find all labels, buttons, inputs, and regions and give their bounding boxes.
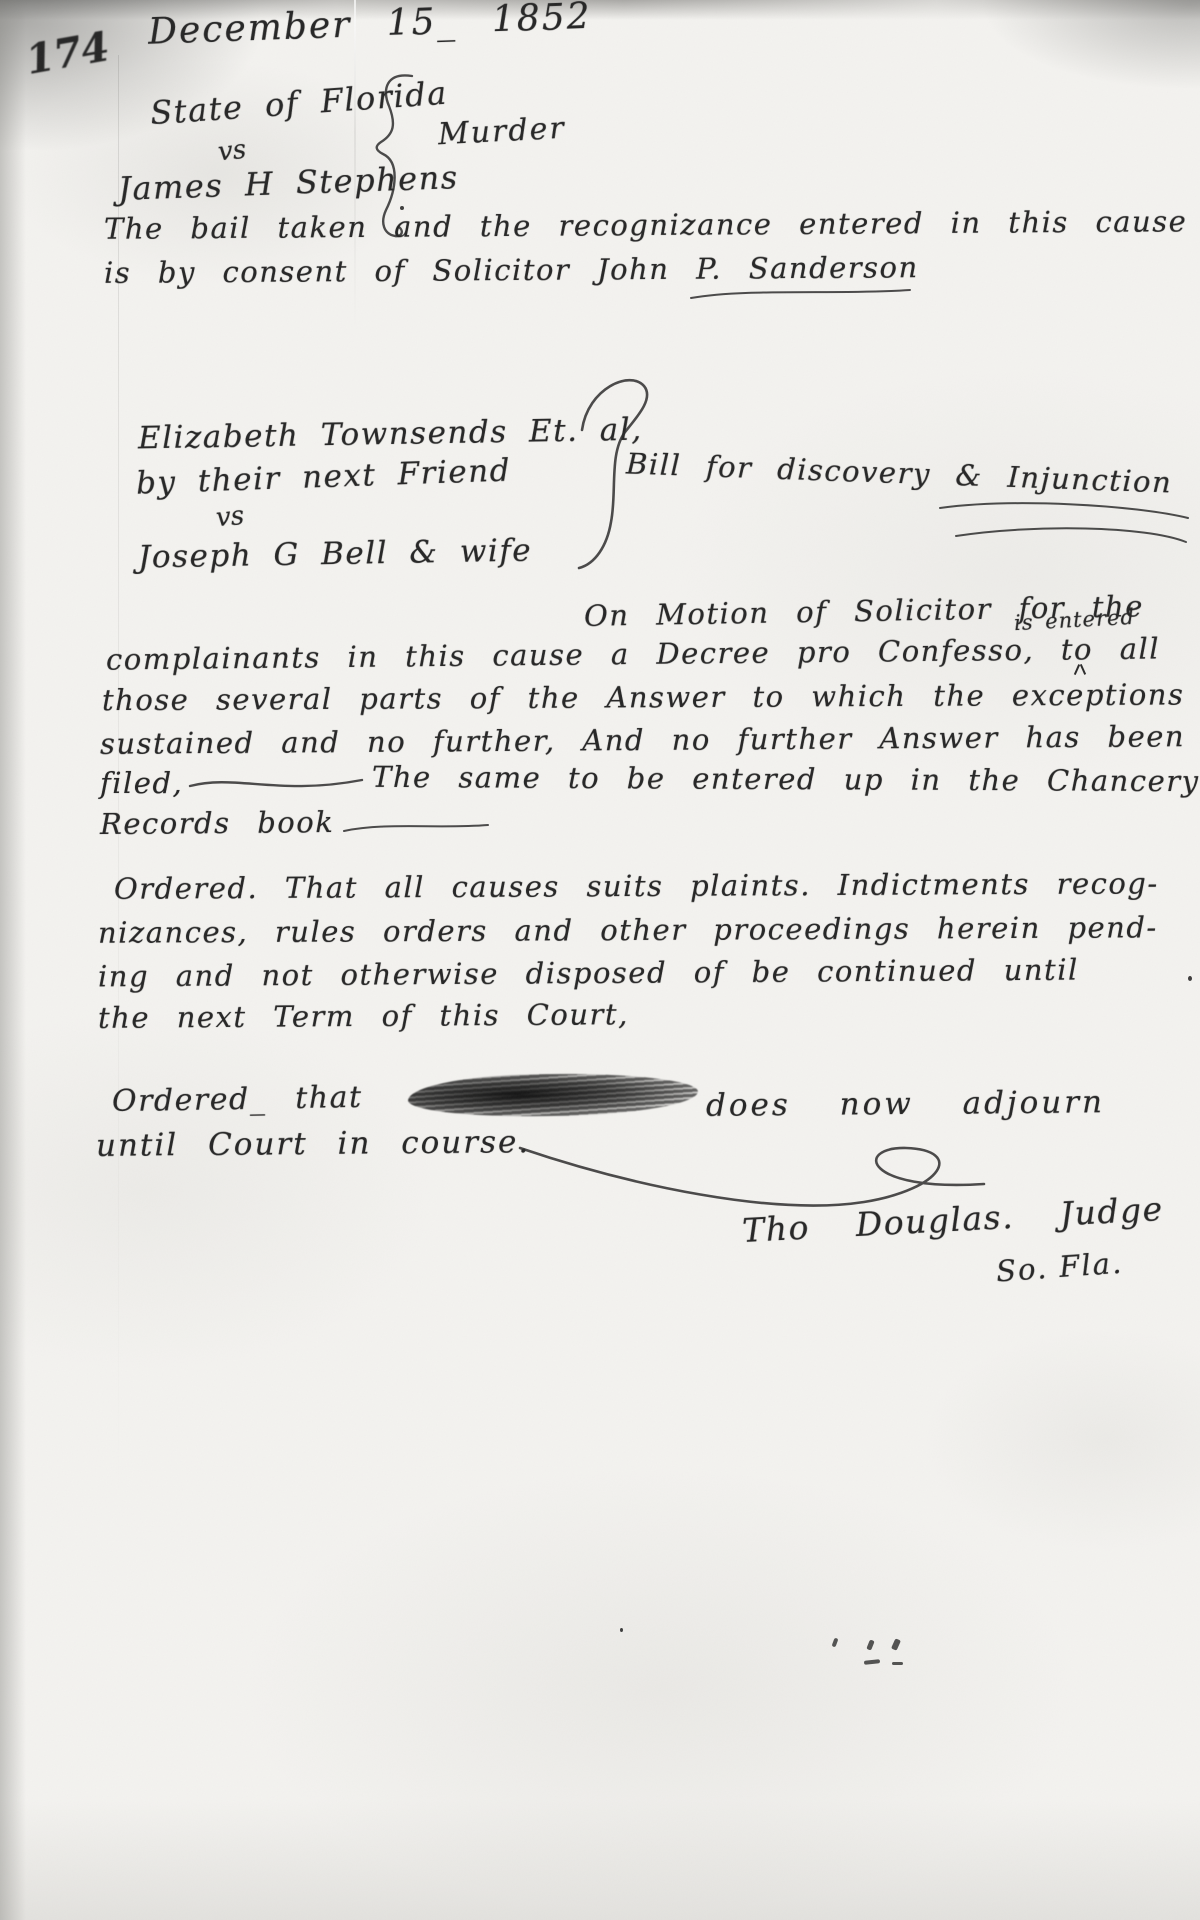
struck-out-text (408, 1071, 699, 1118)
cause-underline-flourish (934, 496, 1196, 550)
continuance-line: the next Term of this Court, (98, 997, 629, 1035)
case1-versus: vs (217, 135, 248, 168)
decree-line-6: Records book (100, 805, 335, 841)
ink-speck (866, 1639, 874, 1650)
decree-line-5-rest: The same to be entered up in the Chancer… (372, 760, 1200, 798)
ink-speck (832, 1638, 839, 1648)
ink-speck (892, 1662, 903, 1665)
decree-line-2: complainants in this cause a Decree pro … (106, 631, 1160, 676)
line-end-flourish (342, 820, 492, 838)
scanned-court-record-page: 174 December 15_ 1852 State of Florida v… (0, 0, 1200, 1920)
case2-complainant-line2: by their next Friend (135, 452, 511, 501)
insertion-caret-icon (1074, 664, 1086, 674)
ink-speck (891, 1638, 901, 1650)
decree-line-3: those several parts of the Answer to whi… (102, 677, 1200, 717)
decree-line-5-start: filed, (100, 766, 183, 800)
signature-underline-flourish (688, 284, 914, 304)
scan-bottom-shadow (0, 1800, 1200, 1920)
decree-line-4: sustained and no further, And no further… (100, 719, 1185, 761)
case1-charge: Murder (437, 111, 566, 153)
ink-speck (620, 1628, 623, 1632)
continuance-line: Ordered. That all causes suits plaints. … (114, 866, 1159, 905)
scan-left-edge-shadow (0, 0, 26, 1920)
case2-versus: vs (215, 501, 246, 533)
case2-cause-label: Bill for discovery & Injunction (626, 446, 1173, 499)
ink-speck (864, 1659, 880, 1665)
adjournment-line-2: until Court in course. (96, 1124, 531, 1164)
scan-corner-shadow-top-right (980, 0, 1200, 90)
continuance-line: ing and not otherwise disposed of be con… (98, 953, 1079, 994)
ink-dot (1188, 976, 1192, 981)
pen-rest-flourish (186, 770, 366, 800)
case2-defendant: Joseph G Bell & wife (138, 533, 533, 576)
case1-order-line: The bail taken and the recognizance ente… (104, 204, 1187, 246)
continuance-line: nizances, rules orders and other proceed… (98, 910, 1158, 950)
adjournment-start: Ordered_ that (112, 1080, 363, 1119)
adjournment-end: does now adjourn (706, 1084, 1105, 1123)
interlinear-insertion: is entered (1013, 605, 1135, 635)
